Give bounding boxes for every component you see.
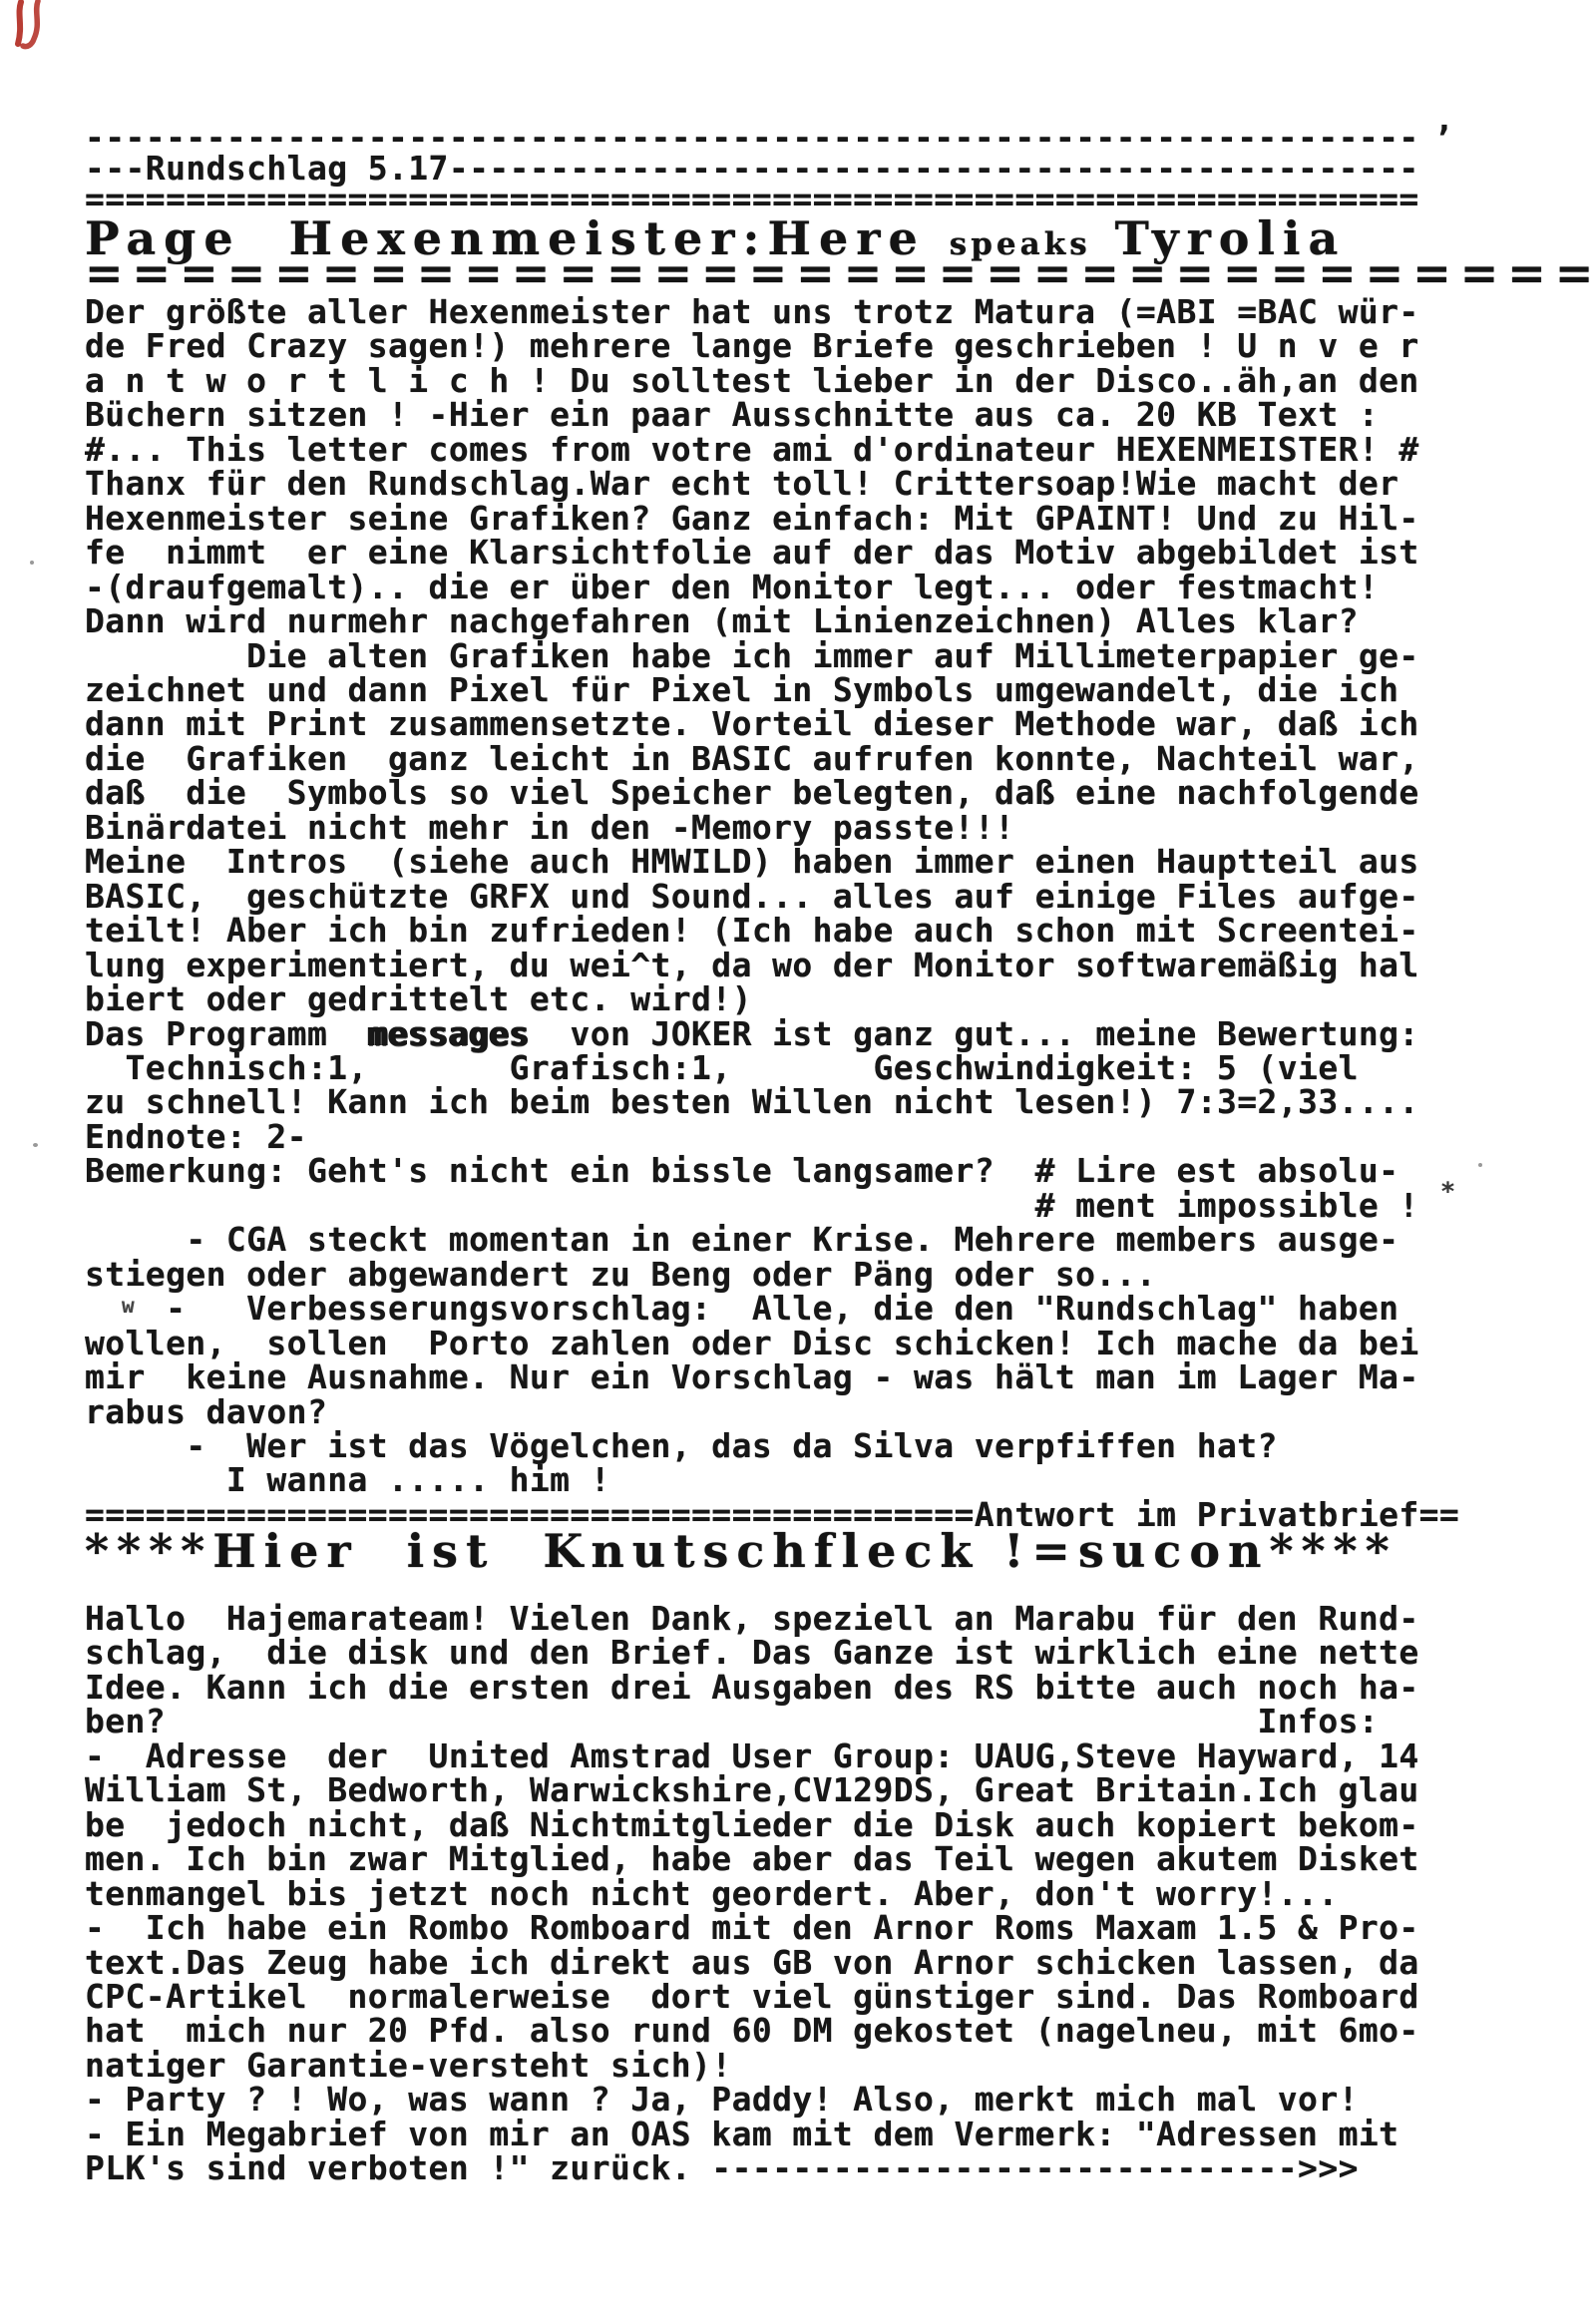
section2-heading: ****Hier ist Knutschfleck !=sucon**** (85, 1524, 1397, 1578)
scan-speck (33, 1143, 38, 1147)
scanned-letter-page: ----------------------------------------… (0, 0, 1596, 2313)
margin-w-annotation: w (122, 1294, 135, 1318)
margin-asterisk-mark: * (1440, 1177, 1455, 1206)
stray-comma-mark: , (1434, 100, 1454, 139)
letter-hexenmeister-part1: Der größte aller Hexenmeister hat uns tr… (85, 292, 1419, 1053)
header-rules: ----------------------------------------… (85, 122, 1419, 214)
letter-hexenmeister: Der größte aller Hexenmeister hat uns tr… (85, 295, 1459, 1532)
scan-speck (1478, 1163, 1482, 1167)
letter-hexenmeister-part2: von JOKER ist ganz gut... meine Bewertun… (85, 1014, 1459, 1534)
scan-speck (30, 561, 34, 565)
red-pen-mark (6, 0, 58, 56)
overstruck-word-messages: messages (368, 1014, 530, 1053)
letter-knutschfleck: Hallo Hajemarateam! Vielen Dank, speziel… (85, 1602, 1419, 2186)
